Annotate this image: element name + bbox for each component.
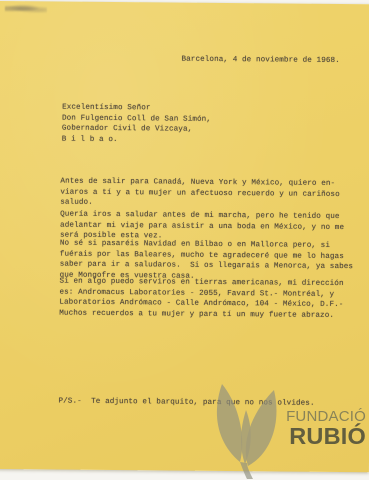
watermark-rubio-label: RUBIÓ — [286, 425, 366, 449]
paragraph-1: Antes de salir para Canadá, Nueva York y… — [60, 177, 340, 211]
recipient-address-block: Excelentísimo Señor Don Fulgencio Coll d… — [62, 103, 211, 147]
watermark-fundacio-label: FUNDACIÓ — [286, 409, 366, 424]
leaf-icon — [210, 384, 280, 479]
scanned-letter-page: { "letter": { "date_line": "Barcelona, 4… — [0, 0, 369, 480]
date-line: Barcelona, 4 de noviembre de 1968. — [181, 55, 339, 67]
fundacio-rubio-watermark: FUNDACIÓ RUBIÓ — [236, 396, 368, 474]
paragraph-4: Si en algo puedo serviros en tierras ame… — [59, 277, 343, 311]
pencil-annotation — [5, 4, 47, 13]
closing-line: Muchos recuerdos a tu mujer y para tí un… — [59, 309, 334, 322]
watermark-text: FUNDACIÓ RUBIÓ — [286, 409, 366, 449]
